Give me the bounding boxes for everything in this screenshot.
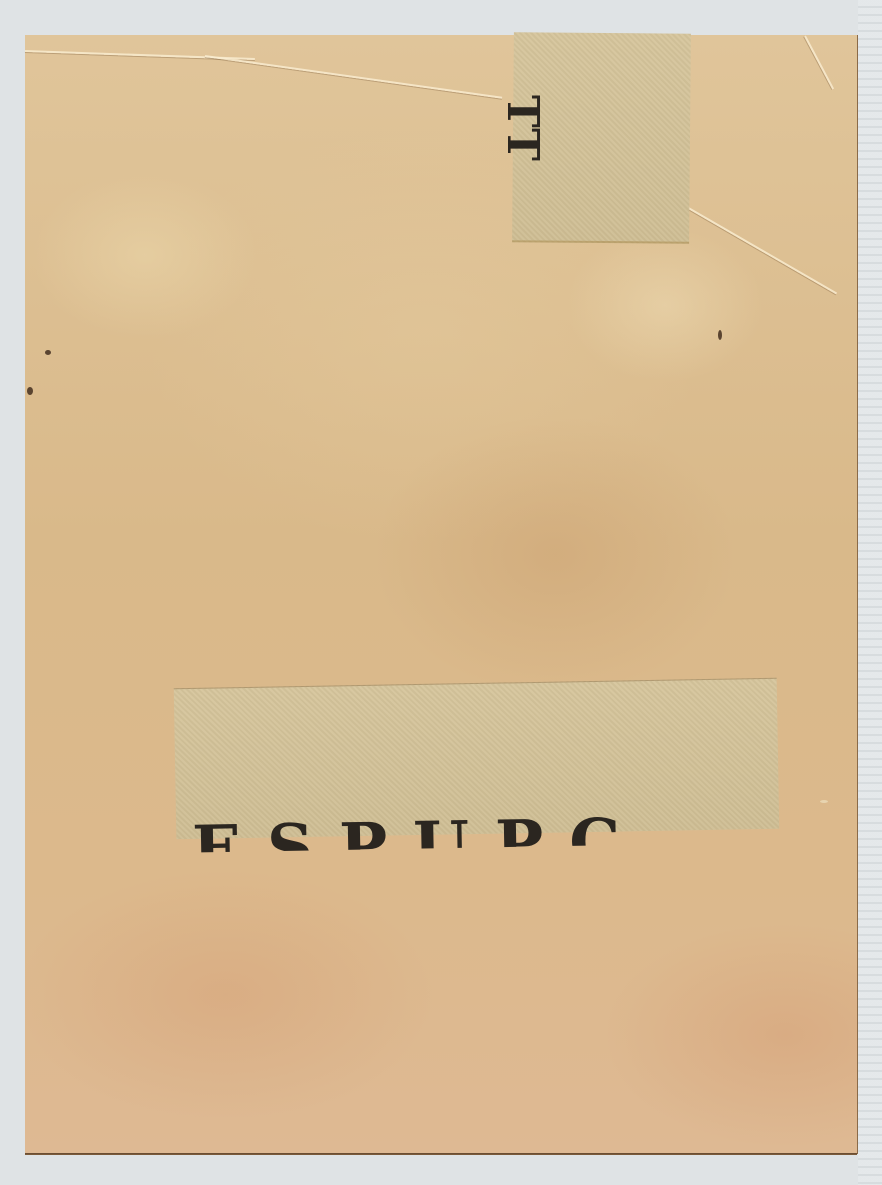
stain-spot [820, 800, 828, 803]
crease [205, 55, 502, 99]
stain-spot [718, 330, 722, 340]
crease [685, 205, 838, 294]
scanner-bed-edge [858, 0, 882, 1185]
aged-paper-card [25, 35, 857, 1154]
tape-top-text-fragment: TT [497, 95, 548, 163]
stain-spot [45, 350, 51, 355]
stain-spot [27, 387, 33, 395]
crease [804, 36, 834, 90]
